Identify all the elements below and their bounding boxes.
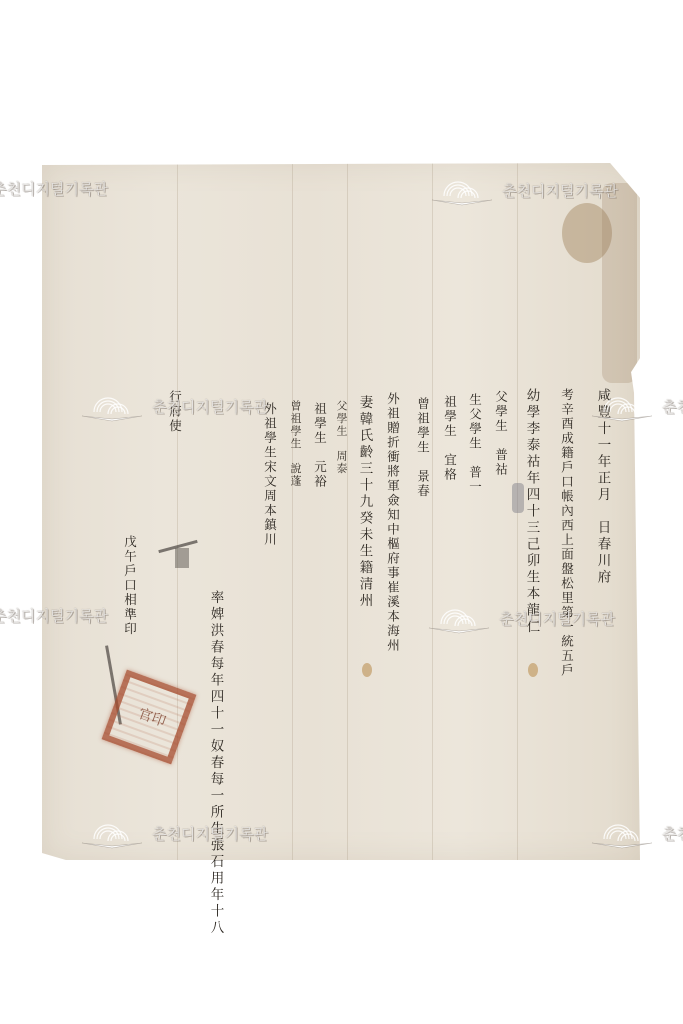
fold-line: [432, 163, 433, 860]
watermark-text: 춘천디지털기록관: [152, 396, 268, 417]
archive-book-logo-icon: [78, 815, 146, 851]
signature-mark: [175, 548, 189, 568]
slaves-column: 率婢洪春每年四十一奴春每一所生張石用年十八: [208, 590, 222, 937]
watermark: 춘천디지털기록관: [0, 605, 108, 626]
watermark-text: 춘천디지털기록관: [499, 608, 615, 629]
spot-stain: [362, 663, 372, 677]
archive-book-logo-icon: [428, 172, 496, 208]
watermark: 춘천디지털기록관: [428, 172, 618, 208]
fold-line: [347, 163, 348, 860]
ink-stain: [512, 483, 524, 513]
birth-father-column: 生父學生 普一: [468, 393, 481, 495]
watermark-text: 춘천디지털기록관: [662, 396, 683, 417]
maternal-grandfather-column: 外祖贈折衝將軍僉知中樞府事崔溪本海州: [386, 392, 399, 653]
watermark: 춘천디지털기록관: [78, 815, 268, 851]
archive-book-logo-icon: [425, 600, 493, 636]
watermark-text: 춘천디지털기록관: [0, 605, 108, 626]
wife-column: 妻韓氏齡三十九癸未生籍清州: [357, 395, 371, 610]
great-grandfather-column: 曾祖學生 景春: [416, 397, 429, 499]
spot-stain: [528, 663, 538, 677]
watermark-text: 춘천디지털기록관: [0, 178, 108, 199]
document-paper: [42, 163, 640, 860]
wife-father-column: 父學生 周泰: [336, 400, 347, 475]
watermark: 춘천디지털기록관: [588, 815, 683, 851]
watermark: 춘천디지털기록관: [78, 388, 268, 424]
stamp-note-column: 戊午戶口相準印: [123, 535, 136, 637]
archive-book-logo-icon: [78, 388, 146, 424]
watermark: 춘천디지털기록관: [425, 600, 615, 636]
wife-grandfather-column: 祖學生 元裕: [313, 402, 326, 489]
father-column: 父學生 普祜: [494, 390, 507, 477]
water-stain: [602, 183, 637, 383]
fold-line: [177, 163, 178, 860]
household-head-column: 幼學李泰祜年四十三己卯生本龍仁: [524, 388, 538, 636]
archive-book-logo-icon: [588, 815, 656, 851]
watermark-text: 춘천디지털기록관: [502, 180, 618, 201]
seal-label: 官印: [136, 703, 169, 731]
archive-book-logo-icon: [588, 388, 656, 424]
wife-great-grandfather-column: 曾祖學生 說蓬: [290, 400, 301, 488]
watermark: 춘천디지털기록관: [588, 388, 683, 424]
grandfather-column: 祖學生 宜格: [443, 395, 456, 482]
watermark: 춘천디지털기록관: [0, 178, 108, 199]
watermark-text: 춘천디지털기록관: [662, 823, 683, 844]
fold-line: [292, 163, 293, 860]
watermark-text: 춘천디지털기록관: [152, 823, 268, 844]
